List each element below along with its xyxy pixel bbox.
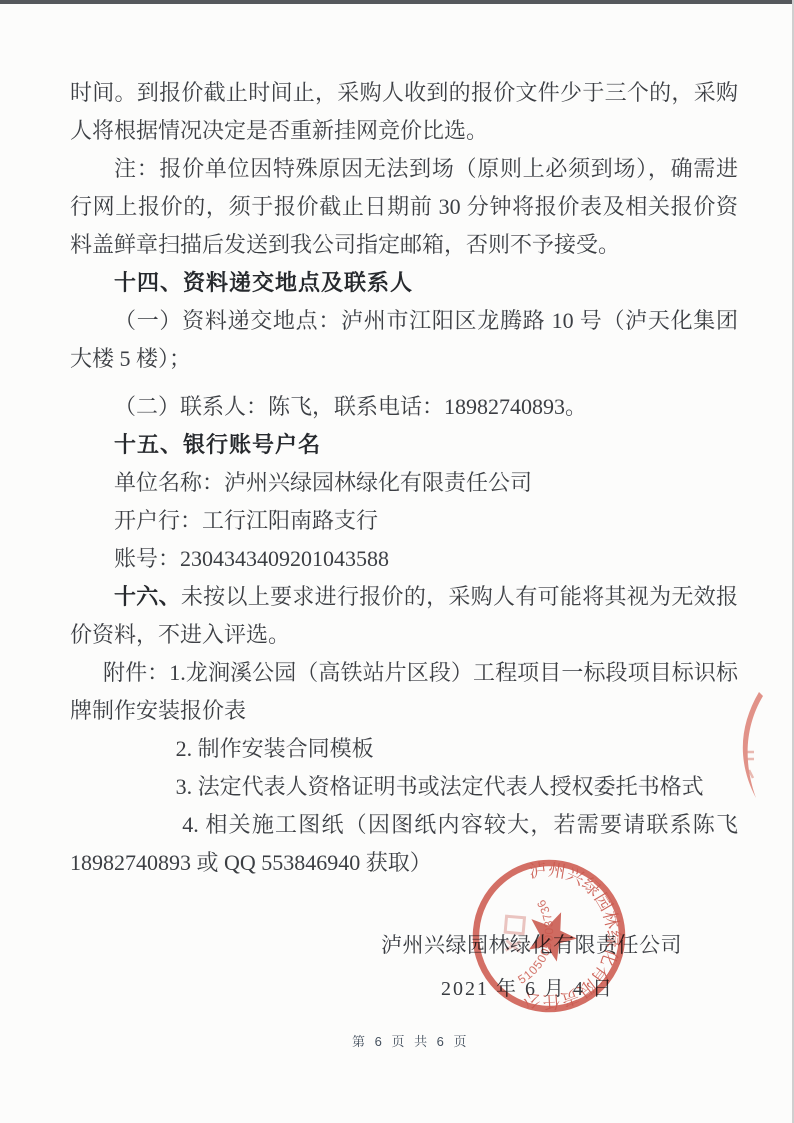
paragraph-section-16: 十六、未按以上要求进行报价的，采购人有可能将其视为无效报价资料，不进入评选。 [70,578,738,654]
official-seal: 泸州兴绿园林绿化有限责任公司 5105005003736 [462,849,635,1022]
paragraph-note: 注：报价单位因特殊原因无法到场（原则上必须到场），确需进行网上报价的，须于报价截… [70,150,738,264]
paragraph-attachment-3: 3. 法定代表人资格证明书或法定代表人授权委托书格式 [70,768,738,806]
scanned-document-page: 时间。到报价截止时间止，采购人收到的报价文件少于三个的，采购人将根据情况决定是否… [0,0,794,1123]
scan-edge-top [0,0,794,4]
paragraph-account-name: 单位名称：泸州兴绿园林绿化有限责任公司 [70,464,738,502]
paragraph-delivery-address: （一）资料递交地点：泸州市江阳区龙腾路 10 号（泸天化集团大楼 5 楼）； [70,302,738,378]
seal-company-arc-text: 泸州兴绿园林绿化有限责任公司 [515,849,636,1020]
edge-stamp-arc [743,692,763,798]
page-number: 第 6 页 共 6 页 [352,1031,470,1050]
partial-edge-stamp [727,686,773,804]
document-body: 时间。到报价截止时间止，采购人收到的报价文件少于三个的，采购人将根据情况决定是否… [70,74,738,882]
seal-inner-mark [506,940,521,951]
section-heading-14: 十四、资料递交地点及联系人 [70,264,738,302]
paragraph-attachment-1: 附件：1.龙涧溪公园（高铁站片区段）工程项目一标段项目标识标牌制作安装报价表 [70,654,738,730]
paragraph-overflow: 时间。到报价截止时间止，采购人收到的报价文件少于三个的，采购人将根据情况决定是否… [70,74,738,150]
section-heading-15: 十五、银行账号户名 [70,426,738,464]
section-16-label: 十六、 [114,584,181,609]
paragraph-bank: 开户行：工行江阳南路支行 [70,502,738,540]
paragraph-account-number: 账号：2304343409201043588 [70,540,738,578]
seal-inner-mark [505,916,524,934]
paragraph-attachment-4: 4. 相关施工图纸（因图纸内容较大，若需要请联系陈飞 18982740893 或… [70,806,738,882]
paragraph-attachment-2: 2. 制作安装合同模板 [70,730,738,768]
paragraph-contact: （二）联系人：陈飞，联系电话：18982740893。 [70,388,738,426]
